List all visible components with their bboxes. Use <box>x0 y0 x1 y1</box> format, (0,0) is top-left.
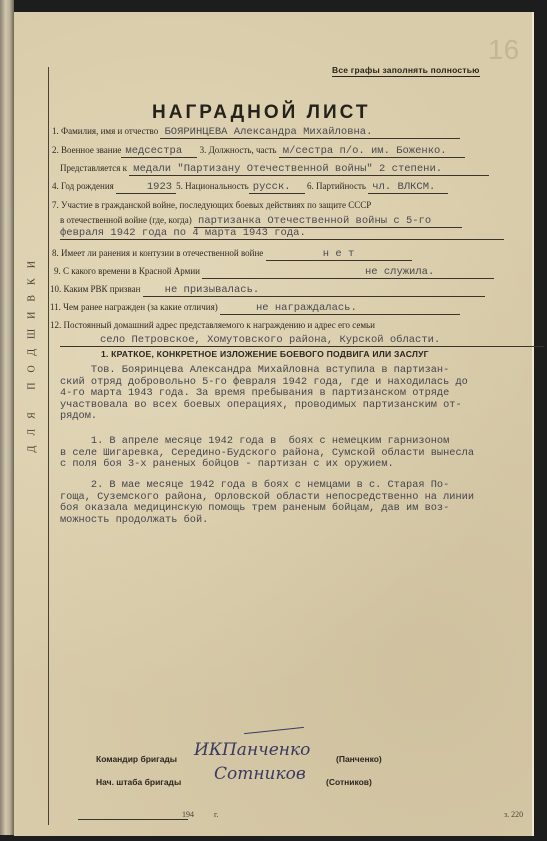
presented-for-row: Представляется к медали "Партизану Отече… <box>60 163 489 176</box>
field-2-3-row: 2. Военное званиемедсестра 3. Должность,… <box>52 145 465 158</box>
narrative-line: 4-го марта 1943 года. За время пребывани… <box>60 388 540 400</box>
chief-of-staff-name: (Сотников) <box>326 777 372 787</box>
field-11-value: не награждалась. <box>220 303 460 315</box>
date-year: 194 <box>182 810 194 819</box>
field-7-value-row2: февраля 1942 года по 4 марта 1943 года. <box>60 227 504 240</box>
field-3-label: 3. Должность, часть <box>200 145 277 155</box>
field-12-value: село Петровское, Хомутовского района, Ку… <box>60 335 544 347</box>
field-1-label: 1. Фамилия, имя и отчество <box>52 126 158 136</box>
binding-edge <box>0 0 14 835</box>
narrative-line: рядом. <box>60 411 540 423</box>
field-1-value: БОЯРИНЦЕВА Александра Михайловна. <box>160 127 460 139</box>
narrative-line: Тов. Бояринцева Александра Михайловна вс… <box>60 365 540 377</box>
narrative-line: 2. В мае месяце 1942 года в боях с немца… <box>60 480 540 492</box>
field-3-value: м/сестра п/о. им. Боженко. <box>279 146 465 158</box>
commander-signature: ИКПанченко <box>194 740 310 760</box>
field-2-value: медсестра <box>121 146 197 158</box>
field-6-label: 6. Партийность <box>307 181 366 191</box>
fill-all-notice: Все графы заполнять полностью <box>332 65 480 77</box>
narrative-line: боя оказала медицинскую помощь трем ране… <box>60 503 540 515</box>
field-4-6-row: 4. Год рождения 19235. Национальностьрус… <box>52 181 448 194</box>
field-10-row: 10. Каким РВК призван не призывалась. <box>50 284 485 297</box>
field-12-value-row: село Петровское, Хомутовского района, Ку… <box>60 334 544 347</box>
field-9-row: 9. С какого времени в Красной Армии не с… <box>54 266 494 279</box>
field-8-value: н е т <box>266 249 412 261</box>
field-7-label-line1: 7. Участие в гражданской войне, последую… <box>52 200 371 210</box>
field-11-row: 11. Чем ранее награжден (за какие отличи… <box>50 302 460 315</box>
field-10-value: не призывалась. <box>143 285 485 297</box>
chief-of-staff-label: Нач. штаба бригады <box>96 777 181 787</box>
narrative-line: 1. В апреле месяце 1942 года в боях с не… <box>60 436 540 448</box>
award-sheet-page: ДЛЯ ПОДШИВКИ 16 Все графы заполнять полн… <box>14 12 534 836</box>
chief-of-staff-signature: Сотников <box>214 764 306 784</box>
field-2-label: 2. Военное звание <box>52 145 121 155</box>
date-suffix: г. <box>214 810 218 819</box>
commander-name: (Панченко) <box>336 754 382 764</box>
narrative-paragraph-2: 1. В апреле месяце 1942 года в боях с не… <box>60 436 540 471</box>
narrative-paragraph-1: Тов. Бояринцева Александра Михайловна вс… <box>60 365 540 423</box>
field-4-value: 1923 <box>116 182 176 194</box>
binding-margin-line <box>48 67 49 825</box>
field-11-label: 11. Чем ранее награжден (за какие отличи… <box>50 302 218 312</box>
field-6-value: чл. ВЛКСМ. <box>368 182 448 194</box>
field-7-value-line2: февраля 1942 года по 4 марта 1943 года. <box>60 228 504 240</box>
field-4-label: 4. Год рождения <box>52 181 114 191</box>
commander-label: Командир бригады <box>96 754 177 764</box>
field-8-row: 8. Имеет ли ранения и контузии в отечест… <box>52 248 412 261</box>
presented-for-value: медали "Партизану Отечественной войны" 2… <box>129 164 489 176</box>
narrative-line: участвовала во всех боевых операциях, пр… <box>60 400 540 412</box>
field-9-value: не служила. <box>202 267 494 279</box>
field-9-label: 9. С какого времени в Красной Армии <box>54 266 200 276</box>
signature-stroke <box>244 727 304 734</box>
narrative-line: с поля боя 3-х раненых бойцов - партизан… <box>60 459 540 471</box>
narrative-line: можность продолжать бой. <box>60 515 540 527</box>
section-heading: 1. КРАТКОЕ, КОНКРЕТНОЕ ИЗЛОЖЕНИЕ БОЕВОГО… <box>101 349 429 359</box>
field-5-value: русск. <box>249 182 305 194</box>
binding-margin-label: ДЛЯ ПОДШИВКИ <box>27 452 38 453</box>
presented-for-label: Представляется к <box>60 163 127 173</box>
print-order-code: з. 220 <box>504 810 523 819</box>
page-number: 16 <box>488 34 519 66</box>
date-blank-line <box>78 818 188 820</box>
field-10-label: 10. Каким РВК призван <box>50 284 140 294</box>
field-7-label-line2: в отечественной войне (где, когда) <box>60 215 192 225</box>
field-8-label: 8. Имеет ли ранения и контузии в отечест… <box>52 248 263 258</box>
field-1-row: 1. Фамилия, имя и отчество БОЯРИНЦЕВА Ал… <box>52 126 460 139</box>
field-12-label: 12. Постоянный домашний адрес представля… <box>50 320 375 330</box>
document-title: НАГРАДНОЙ ЛИСТ <box>152 102 370 124</box>
field-5-label: 5. Национальность <box>176 181 249 191</box>
narrative-paragraph-3: 2. В мае месяце 1942 года в боях с немца… <box>60 480 540 526</box>
